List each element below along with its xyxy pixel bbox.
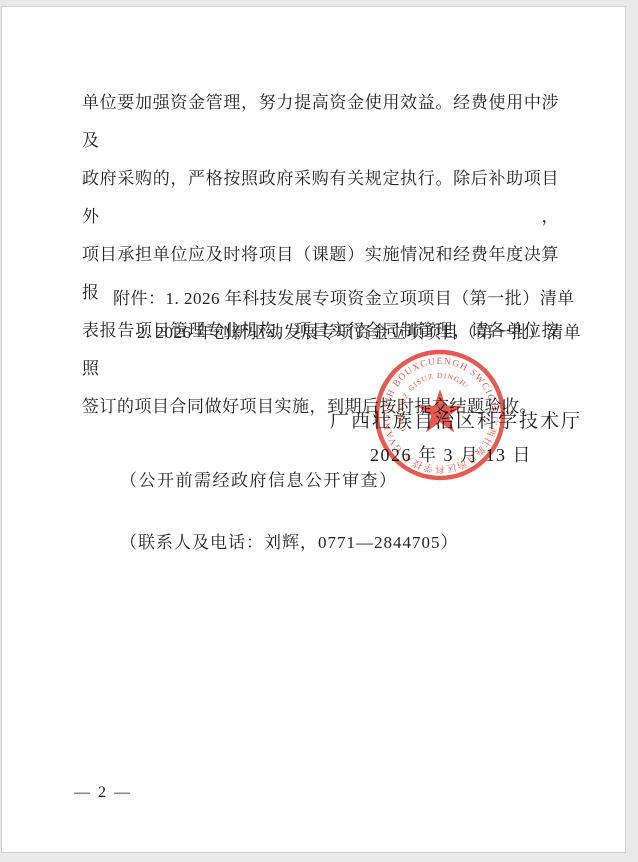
disclosure-review-note: （公开前需经政府信息公开审查） (120, 466, 398, 491)
body-line: 单位要加强资金管理，努力提高资金使用效益。经费使用中涉及 (82, 84, 559, 160)
page-number: — 2 — (74, 784, 132, 802)
scanned-official-document: { "document": { "paragraph_lines": [ "单位… (0, 0, 638, 862)
issuing-authority: 广西壮族自治区科学技术厅 (330, 406, 582, 433)
body-line: 政府采购的，严格按照政府采购有关规定执行。除后补助项目外， (82, 160, 559, 236)
body-paragraph: 单位要加强资金管理，努力提高资金使用效益。经费使用中涉及 政府采购的，严格按照政… (82, 84, 559, 426)
document-date: 2026 年 3 月 13 日 (370, 441, 532, 467)
attachment-line-2: 2. 2026 年创新驱动发展专项资金立项项目（第一批）清单 (137, 315, 581, 350)
attachment-line-1: 附件：1. 2026 年科技发展专项资金立项项目（第一批）清单 (113, 281, 575, 316)
contact-note: （联系人及电话：刘辉，0771—2844705） (120, 528, 459, 553)
